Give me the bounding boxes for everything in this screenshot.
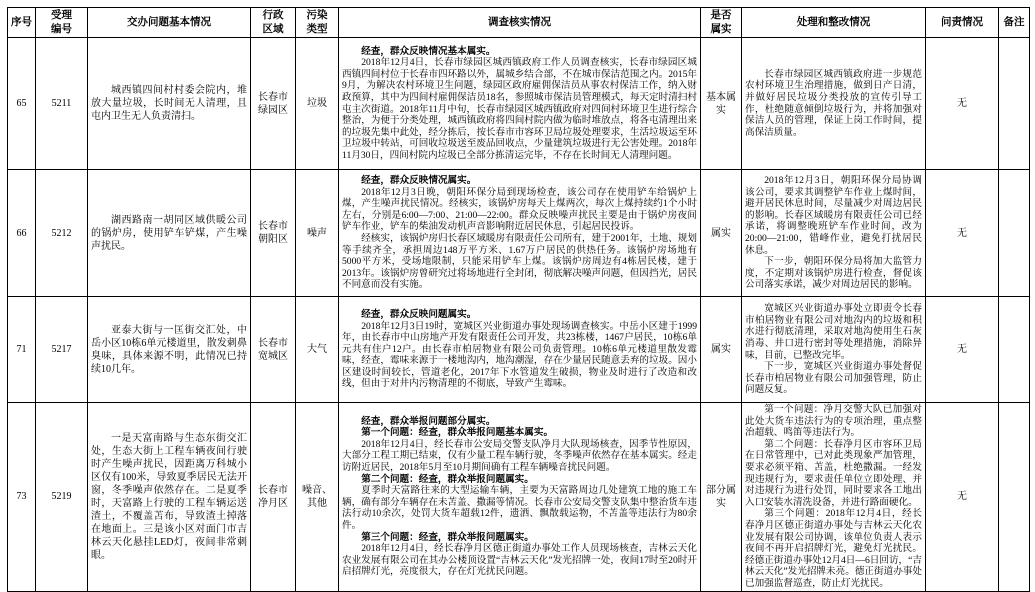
problem-cell: 亚泰大街与一匡街交汇处，中岳小区10栋6单元楼道里，散发刺鼻臭味，具体来源不明，…: [88, 297, 251, 403]
investigation-paragraph: 第二个问题：经查，群众举报问题属实。: [342, 474, 697, 486]
header-cell-problem: 交办问题基本情况: [88, 8, 251, 38]
accountability-cell: 无: [926, 38, 999, 170]
investigation-paragraph: 夏季时天富路往来的大型运输车辆，主要为天富路周边几处建筑工地的施工车辆，确有部分…: [342, 485, 697, 531]
header-cell-case-no: 受理 编号: [36, 8, 88, 38]
investigation-paragraph: 2018年12月3日19时，宽城区兴业街道办事处现场调查核实。中岳小区建于199…: [342, 321, 697, 391]
handling-paragraph: 第三个问题：2018年12月4日，经长春净月区德正街道办事处与吉林云天化农业发展…: [745, 508, 922, 589]
verified-cell: 基本属实: [701, 38, 742, 170]
investigation-paragraph: 经查，群众反映情况基本属实。: [342, 46, 697, 58]
region-cell: 长春市 宽城区: [251, 297, 296, 403]
problem-text: 一是天富南路与生态东街交汇处，生态大街上工程车辆夜间行驶时产生噪声扰民，因距离万…: [91, 432, 247, 562]
investigation-cell: 经查，群众反映情况基本属实。 2018年12月4日，长春市绿园区城西镇政府工作人…: [339, 38, 701, 170]
verified-cell: 属实: [701, 170, 742, 297]
remark-cell: [999, 297, 1030, 403]
problem-cell: 湖西路南一胡同区域供暖公司的锅炉房，使用铲车铲煤，产生噪声扰民。: [88, 170, 251, 297]
handling-paragraph: 第一个问题：净月交警大队已加强对此处大货车违法行为的专项治理，重点整治超载、鸣笛…: [745, 404, 922, 439]
investigation-cell: 经查，群众反映情况属实。 2018年12月3日晚，朝阳环保分局到现场检查，该公司…: [339, 170, 701, 297]
seq-cell: 66: [8, 170, 36, 297]
investigation-paragraph: 2018年12月4日，经长春净月区德正街道办事处工作人员现场核查，吉林云天化农业…: [342, 543, 697, 578]
pollution-type-cell: 垃圾: [296, 38, 339, 170]
problem-text: 湖西路南一胡同区域供暖公司的锅炉房，使用铲车铲煤，产生噪声扰民。: [91, 214, 247, 253]
table-row: 66 5212 湖西路南一胡同区域供暖公司的锅炉房，使用铲车铲煤，产生噪声扰民。…: [8, 170, 1030, 297]
handling-paragraph: 长春市绿园区城西镇政府进一步规范农村环境卫生治理措施，做到日产日清，并做好居民垃…: [745, 69, 922, 139]
case-no-cell: 5217: [36, 297, 88, 403]
case-no-cell: 5212: [36, 170, 88, 297]
header-cell-pollution-type: 污染 类型: [296, 8, 339, 38]
handling-paragraph: 第二个问题：长春净月区市容环卫局在日常管理中，已对此类现象严加管理，要求必须平箱…: [745, 439, 922, 509]
accountability-cell: 无: [926, 297, 999, 403]
seq-cell: 71: [8, 297, 36, 403]
handling-cell: 2018年12月3日，朝阳环保分局协调该公司，要求其调整铲车作业上煤时间，避开居…: [742, 170, 926, 297]
complaint-handling-table: 序号 受理 编号 交办问题基本情况 行政 区域 污染 类型 调查核实情况 是否 …: [7, 7, 1030, 592]
problem-text: 城西镇四间村村委会院内，堆放大量垃圾，长时间无人清理，且屯内卫生无人负责清扫。: [91, 84, 247, 123]
handling-cell: 长春市绿园区城西镇政府进一步规范农村环境卫生治理措施，做到日产日清，并做好居民垃…: [742, 38, 926, 170]
header-cell-region: 行政 区域: [251, 8, 296, 38]
handling-cell: 宽城区兴业街道办事处立即责令长春市柏居物业有限公司对地沟内的垃圾和积水进行彻底清…: [742, 297, 926, 403]
header-cell-accountability: 问责情况: [926, 8, 999, 38]
region-cell: 长春市 朝阳区: [251, 170, 296, 297]
problem-cell: 城西镇四间村村委会院内，堆放大量垃圾，长时间无人清理，且屯内卫生无人负责清扫。: [88, 38, 251, 170]
region-cell: 长春市 绿园区: [251, 38, 296, 170]
investigation-paragraph: 经查，群众反映情况属实。: [342, 175, 697, 187]
handling-paragraph: 2018年12月3日，朝阳环保分局协调该公司，要求其调整铲车作业上煤时间，避开居…: [745, 175, 922, 256]
document-page: 序号 受理 编号 交办问题基本情况 行政 区域 污染 类型 调查核实情况 是否 …: [0, 0, 1035, 563]
case-no-cell: 5211: [36, 38, 88, 170]
header-row: 序号 受理 编号 交办问题基本情况 行政 区域 污染 类型 调查核实情况 是否 …: [8, 8, 1030, 38]
header-cell-remark: 备注: [999, 8, 1030, 38]
table-row: 65 5211 城西镇四间村村委会院内，堆放大量垃圾，长时间无人清理，且屯内卫生…: [8, 38, 1030, 170]
investigation-paragraph: 2018年12月4日，经长春市公安局交警支队净月大队现场核查，因季节性原因，大部…: [342, 439, 697, 474]
accountability-cell: 无: [926, 170, 999, 297]
investigation-paragraph: 第一个问题：经查，群众举报问题基本属实。: [342, 427, 697, 439]
header-cell-handling: 处理和整改情况: [742, 8, 926, 38]
investigation-cell: 经查，群众反映问题属实。 2018年12月3日19时，宽城区兴业街道办事处现场调…: [339, 297, 701, 403]
remark-cell: [999, 38, 1030, 170]
investigation-paragraph: 2018年12月3日晚，朝阳环保分局到现场检查，该公司存在使用铲车给锅炉上煤，产…: [342, 187, 697, 233]
problem-text: 亚泰大街与一匡街交汇处，中岳小区10栋6单元楼道里，散发刺鼻臭味，具体来源不明，…: [91, 324, 247, 376]
investigation-paragraph: 经查，群众反映问题属实。: [342, 309, 697, 321]
header-cell-verified: 是否 属实: [701, 8, 742, 38]
seq-cell: 65: [8, 38, 36, 170]
remark-cell: [999, 170, 1030, 297]
handling-paragraph: 宽城区兴业街道办事处立即责令长春市柏居物业有限公司对地沟内的垃圾和积水进行彻底清…: [745, 303, 922, 361]
header-cell-investigation: 调查核实情况: [339, 8, 701, 38]
handling-paragraph: 下一步，朝阳环保分局将加大监管力度，不定期对该锅炉房进行检查，督促该公司落实承诺…: [745, 256, 922, 291]
investigation-paragraph: 经核实，该锅炉房归长春区域暖房有限责任公司所有，建于2001年，土地、规划等手续…: [342, 233, 697, 291]
investigation-paragraph: 第三个问题：经查，群众举报问题属实。: [342, 532, 697, 544]
table-row: 71 5217 亚泰大街与一匡街交汇处，中岳小区10栋6单元楼道里，散发刺鼻臭味…: [8, 297, 1030, 403]
verified-cell: 属实: [701, 297, 742, 403]
pollution-type-cell: 噪声: [296, 170, 339, 297]
handling-paragraph: 下一步，宽城区兴业街道办事处督促长春市柏居物业有限公司加强管理，防止问题反复。: [745, 361, 922, 396]
investigation-paragraph: 2018年12月4日，长春市绿园区城西镇政府工作人员调查核实，长春市绿园区城西镇…: [342, 57, 697, 161]
pollution-type-cell: 大气: [296, 297, 339, 403]
header-cell-seq: 序号: [8, 8, 36, 38]
investigation-paragraph: 经查，群众举报问题部分属实。: [342, 416, 697, 428]
